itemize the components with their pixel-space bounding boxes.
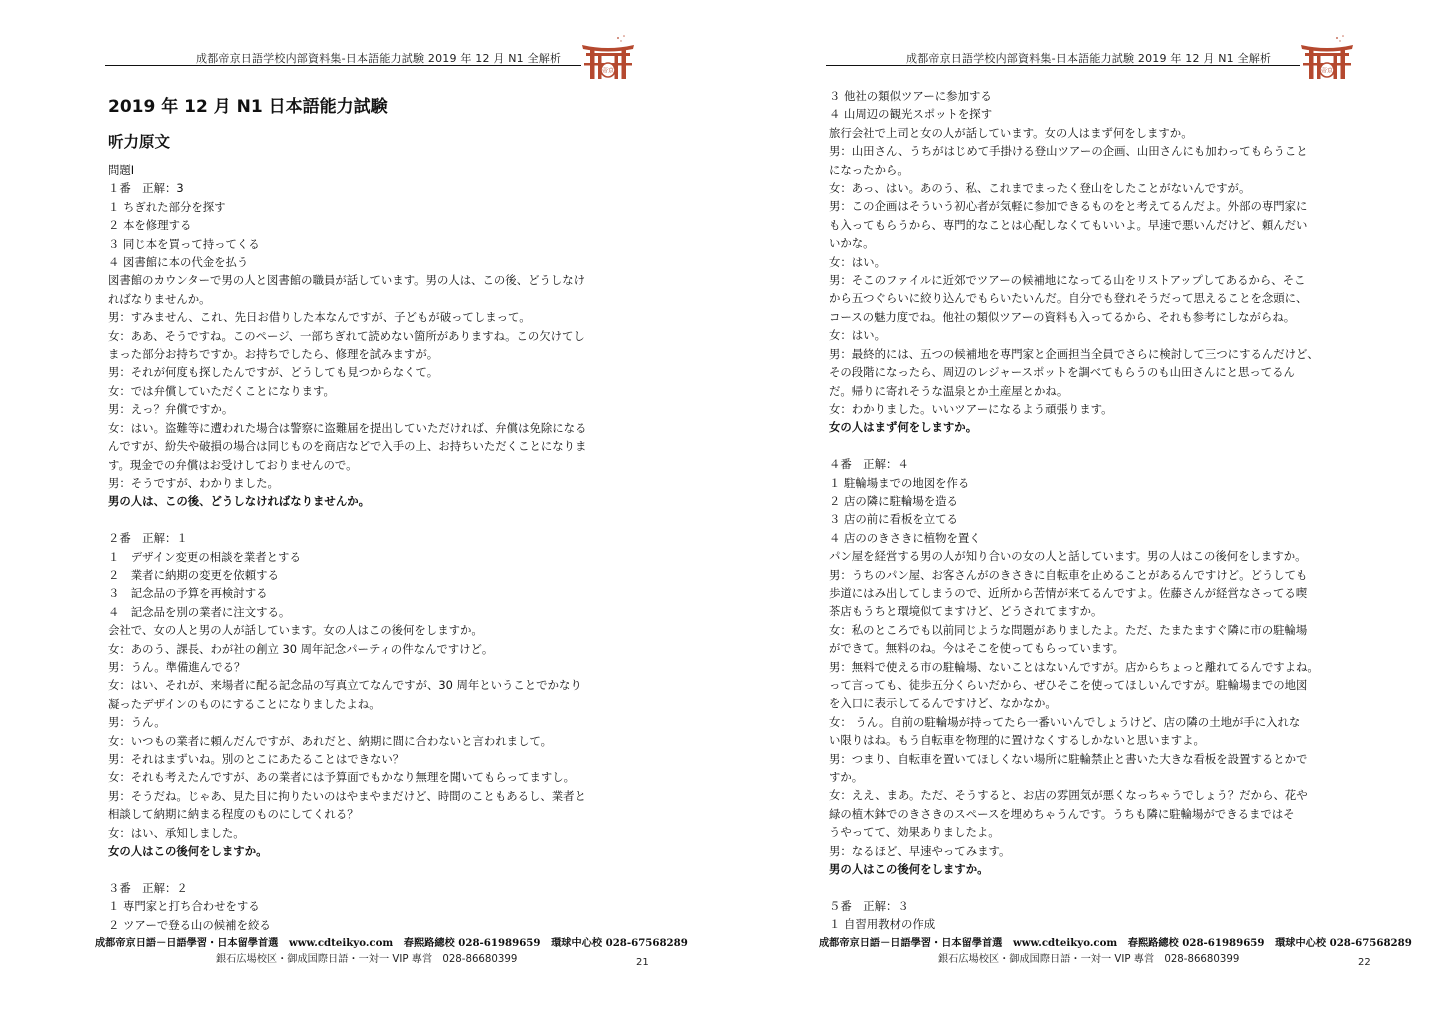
transcript-line: まった部分お持ちですか。お持ちでしたら、修理を試みますが。 [108,345,618,363]
transcript-line: から五つぐらいに絞り込んでもらいたいんだ。自分でも登れそうだって思えることを念頭… [829,289,1339,307]
page-21: 成都帝京日語学校内部資料集-日本語能力試験 2019 年 12 月 N1 全解析… [0,0,720,1016]
svg-text:帝京: 帝京 [1321,67,1333,75]
transcript-line: い限りはね。もう自転車を物理的に置けなくするしかないと思いますよ。 [829,731,1339,749]
transcript-line: 男：それはまずいね。別のとこにあたることはできない？ [108,750,618,768]
transcript-line: ２ 業者に納期の変更を依頼する [108,566,618,584]
transcript-line: ４ 記念品を別の業者に注文する。 [108,603,618,621]
transcript-line: うやってて、効果ありましたよ。 [829,823,1339,841]
transcript-line: その段階になったら、周辺のレジャースポットを調べてもらうのも山田さんにと思ってる… [829,363,1339,381]
transcript-line: 女：はい。 [829,253,1339,271]
transcript-line: だ。帰りに寄れそうな温泉とか土産屋とかね。 [829,382,1339,400]
transcript-line: 男：最終的には、五つの候補地を専門家と企画担当全員でさらに検討して三つにするんだ… [829,345,1339,363]
transcript-line: 女：はい、承知しました。 [108,824,618,842]
transcript-line: ３ 店の前に看板を立てる [829,510,1339,528]
transcript-line: ５番 正解：３ [829,897,1339,915]
footer-contact-line: 成都帝京日語－日語學習・日本留學首選 www.cdteikyo.com 春熙路總… [95,934,688,949]
transcript-line: ３ 同じ本を買って持ってくる [108,235,618,253]
spacer [108,860,618,878]
transcript-line: 男：えっ？弁償ですか。 [108,400,618,418]
transcript-line: コースの魅力度でね。他社の類似ツアーの資料も入ってるから、それも参考にしながらね… [829,308,1339,326]
transcript-line: 相談して納期に納まる程度のものにしてくれる？ [108,805,618,823]
transcript-line: １ ちぎれた部分を探す [108,198,618,216]
running-header-title: 成都帝京日語学校内部資料集-日本語能力試験 2019 年 12 月 N1 全解析 [196,50,561,66]
header-rule [105,65,581,66]
transcript-line: 問題Ⅰ [108,161,618,179]
footer-secondary-line: 銀石広場校区・御成国際日語・一対一 VIP 專営 028-86680399 [938,950,1239,965]
transcript-line: パン屋を経営する男の人が知り合いの女の人と話しています。男の人はこの後何をします… [829,547,1339,565]
footer-branch-2: 環球中心校 028-67568289 [551,937,688,949]
question-prompt: 女の人はこの後何をしますか。 [108,842,618,860]
transcript-line: ２ 本を修理する [108,216,618,234]
question-prompt: 男の人はこの後何をしますか。 [829,860,1339,878]
svg-text:帝京: 帝京 [602,67,614,75]
footer-contact-line: 成都帝京日語－日語學習・日本留學首選 www.cdteikyo.com 春熙路總… [819,934,1412,949]
transcript-line: 男：それが何度も探したんですが、どうしても見つからなくて。 [108,363,618,381]
page-number: 21 [636,957,649,968]
page-number: 22 [1358,957,1371,968]
transcript-line: 女：私のところでも以前同じような問題がありましたよ。ただ、たまたますぐ隣に市の駐… [829,621,1339,639]
document-title: 2019 年 12 月 N1 日本語能力試験 [108,92,388,117]
transcript-line: 男：山田さん、うちがはじめて手掛ける登山ツアーの企画、山田さんにも加わってもらう… [829,142,1339,160]
transcript-line: ２ 店の隣に駐輪場を造る [829,492,1339,510]
transcript-line: 女：わかりました。いいツアーになるよう頑張ります。 [829,400,1339,418]
transcript-line: 歩道にはみ出してしまうので、近所から苦情が来てるんですよ。佐藤さんが経営なさって… [829,584,1339,602]
question-prompt: 男の人は、この後、どうしなければなりませんか。 [108,492,618,510]
transcript-line: になったから。 [829,161,1339,179]
footer-branch-1: 春熙路總校 028-61989659 [404,937,541,949]
section-title: 听力原文 [108,130,170,152]
transcript-line: す。現金での弁償はお受けしておりませんので。 [108,456,618,474]
header-rule [826,65,1300,66]
transcript-line: 男：無料で使える市の駐輪場、ないことはないんですが。店からちょっと離れてるんです… [829,658,1339,676]
page-22: 成都帝京日語学校内部資料集-日本語能力試験 2019 年 12 月 N1 全解析… [720,0,1440,1016]
transcript-line: 茶店もうちと環境似てますけど、どうされてますか。 [829,602,1339,620]
transcript-line: １ デザイン変更の相談を業者とする [108,548,618,566]
transcript-line: １ 自習用教材の作成 [829,915,1339,933]
transcript-line: 図書館のカウンターで男の人と図書館の職員が話しています。男の人は、この後、どうし… [108,271,618,289]
spacer [108,511,618,529]
transcript-line: ３番 正解：２ [108,879,618,897]
transcript-line: 女：はい。 [829,326,1339,344]
footer-branch-2: 環球中心校 028-67568289 [1275,937,1412,949]
transcript-line: 男：うん。準備進んでる？ [108,658,618,676]
transcript-line: って言っても、徒歩五分くらいだから、ぜひそこを使ってほしいんですが。駐輪場までの… [829,676,1339,694]
transcript-line: 女：ああ、そうですね。このページ、一部ちぎれて読めない箇所がありますね。この欠け… [108,327,618,345]
torii-gate-logo-icon: 帝京 [1299,33,1355,81]
transcript-line: 女：あっ、はい。あのう、私、これまでまったく登山をしたことがないんですが。 [829,179,1339,197]
transcript-line: 女： うん。自前の駐輪場が持ってたら一番いいんでしょうけど、店の隣の土地が手に入… [829,713,1339,731]
footer-secondary-line: 銀石広場校区・御成国際日語・一対一 VIP 專営 028-86680399 [216,950,517,965]
footer-branch-1: 春熙路總校 028-61989659 [1128,937,1265,949]
transcript-line: 男：なるほど、早速やってみます。 [829,842,1339,860]
spacer [829,878,1339,896]
transcript-line: 女：それも考えたんですが、あの業者には予算面でもかなり無理を聞いてもらってますし… [108,768,618,786]
footer-school-name: 成都帝京日語－日語學習・日本留學首選 [819,937,1002,949]
transcript-line: 旅行会社で上司と女の人が話しています。女の人はまず何をしますか。 [829,124,1339,142]
footer-school-name: 成都帝京日語－日語學習・日本留學首選 [95,937,278,949]
transcript-text-left: 問題Ⅰ１番 正解：3１ ちぎれた部分を探す２ 本を修理する３ 同じ本を買って持っ… [108,161,618,934]
transcript-line: ３ 記念品の予算を再検討する [108,584,618,602]
transcript-line: 男：うちのパン屋、お客さんがのきさきに自転車を止めることがあるんですけど。どうし… [829,566,1339,584]
transcript-line: ればなりませんか。 [108,290,618,308]
transcript-line: 女：では弁償していただくことになります。 [108,382,618,400]
transcript-line: 緑の植木鉢でのきさきのスペースを埋めちゃうんです。うちも隣に駐輪場ができるまでは… [829,805,1339,823]
transcript-line: １番 正解：3 [108,179,618,197]
transcript-line: んですが、紛失や破損の場合は同じものを商店などで入手の上、お持ちいただくことにな… [108,437,618,455]
transcript-line: 男：この企画はそういう初心者が気軽に参加できるものをと考えてるんだよ。外部の専門… [829,197,1339,215]
transcript-line: を入口に表示してるんですけど、なかなか。 [829,694,1339,712]
transcript-line: ２番 正解：１ [108,529,618,547]
transcript-line: 女：ええ、まあ。ただ、そうすると、お店の雰囲気が悪くなっちゃうでしょう？だから、… [829,786,1339,804]
transcript-line: ４番 正解：４ [829,455,1339,473]
transcript-line: すか。 [829,768,1339,786]
transcript-line: 男：つまり、自転車を置いてほしくない場所に駐輪禁止と書いた大きな看板を設置すると… [829,750,1339,768]
transcript-line: ３ 他社の類似ツアーに参加する [829,87,1339,105]
transcript-line: 女：いつもの業者に頼んだんですが、あれだと、納期に間に合わないと言われまして。 [108,732,618,750]
spacer [829,437,1339,455]
transcript-line: 女：はい。盗難等に遭われた場合は警察に盗難届を提出していただければ、弁償は免除に… [108,419,618,437]
transcript-line: 女：はい、それが、来場者に配る記念品の写真立てなんですが、30 周年ということで… [108,676,618,694]
torii-gate-logo-icon: 帝京 [580,33,636,81]
footer-website-link[interactable]: www.cdteikyo.com [289,937,393,949]
transcript-line: ４ 店ののきさきに植物を置く [829,529,1339,547]
running-header-title: 成都帝京日語学校内部資料集-日本語能力試験 2019 年 12 月 N1 全解析 [906,50,1271,66]
footer-website-link[interactable]: www.cdteikyo.com [1013,937,1117,949]
transcript-line: １ 専門家と打ち合わせをする [108,897,618,915]
transcript-line: ４ 図書館に本の代金を払う [108,253,618,271]
transcript-line: 凝ったデザインのものにすることになりましたよね。 [108,695,618,713]
transcript-line: ２ ツアーで登る山の候補を絞る [108,916,618,934]
transcript-text-right: ３ 他社の類似ツアーに参加する４ 山周辺の観光スポットを探す旅行会社で上司と女の… [829,87,1339,934]
transcript-line: 男：そうですが、わかりました。 [108,474,618,492]
transcript-line: 女：あのう、課長、わが社の創立 30 周年記念パーティの件なんですけど。 [108,640,618,658]
transcript-line: 会社で、女の人と男の人が話しています。女の人はこの後何をしますか。 [108,621,618,639]
transcript-line: １ 駐輪場までの地図を作る [829,474,1339,492]
transcript-line: いかな。 [829,234,1339,252]
question-prompt: 女の人はまず何をしますか。 [829,418,1339,436]
transcript-line: 男：うん。 [108,713,618,731]
transcript-line: も入ってもらうから、専門的なことは心配しなくてもいいよ。早速で悪いんだけど、頼ん… [829,216,1339,234]
transcript-line: 男：すみません、これ、先日お借りした本なんですが、子どもが破ってしまって。 [108,308,618,326]
transcript-line: 男：そうだね。じゃあ、見た目に拘りたいのはやまやまだけど、時間のこともあるし、業… [108,787,618,805]
transcript-line: ができて。無料のね。今はそこを使ってもらっています。 [829,639,1339,657]
transcript-line: 男：そこのファイルに近郊でツアーの候補地になってる山をリストアップしてあるから、… [829,271,1339,289]
transcript-line: ４ 山周辺の観光スポットを探す [829,105,1339,123]
